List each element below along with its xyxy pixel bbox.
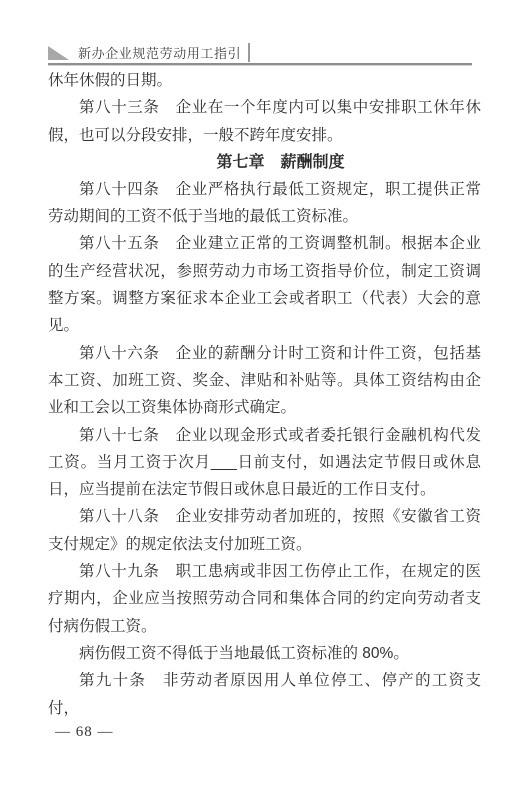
chapter-heading: 第七章 薪酬制度 [48,149,481,176]
header-divider-bar [248,43,250,62]
continuation-line: 休年休假的日期。 [48,67,481,94]
article-87-paragraph: 第八十七条 企业以现金形式或者委托银行金融机构代发工资。当月工资于次月___日前… [48,422,481,504]
page-header: 新办企业规范劳动用工指引 [48,43,472,66]
article-86-paragraph: 第八十六条 企业的薪酬分计时工资和计件工资，包括基本工资、加班工资、奖金、津贴和… [48,340,481,422]
article-90-paragraph: 第九十条 非劳动者原因用人单位停工、停产的工资支付， [48,667,481,722]
page-body: 休年休假的日期。 第八十三条 企业在一个年度内可以集中安排职工休年休假，也可以分… [48,67,481,722]
page-number: — 68 — [55,724,114,741]
article-88-paragraph: 第八十八条 企业安排劳动者加班的，按照《安徽省工资支付规定》的规定依法支付加班工… [48,503,481,558]
article-89-supplement-paragraph: 病伤假工资不得低于当地最低工资标准的 80%。 [48,640,481,667]
article-89-paragraph: 第八十九条 职工患病或非因工伤停止工作，在规定的医疗期内，企业应当按照劳动合同和… [48,558,481,640]
article-84-paragraph: 第八十四条 企业严格执行最低工资规定，职工提供正常劳动期间的工资不低于当地的最低… [48,176,481,231]
header-rule [48,63,472,66]
running-head-title: 新办企业规范劳动用工指引 [78,43,241,62]
corner-triangle-icon [48,46,69,60]
article-85-paragraph: 第八十五条 企业建立正常的工资调整机制。根据本企业的生产经营状况，参照劳动力市场… [48,230,481,339]
page-header-row: 新办企业规范劳动用工指引 [48,43,472,62]
book-page: 新办企业规范劳动用工指引 休年休假的日期。 第八十三条 企业在一个年度内可以集中… [0,0,529,794]
article-83-paragraph: 第八十三条 企业在一个年度内可以集中安排职工休年休假，也可以分段安排，一般不跨年… [48,94,481,149]
